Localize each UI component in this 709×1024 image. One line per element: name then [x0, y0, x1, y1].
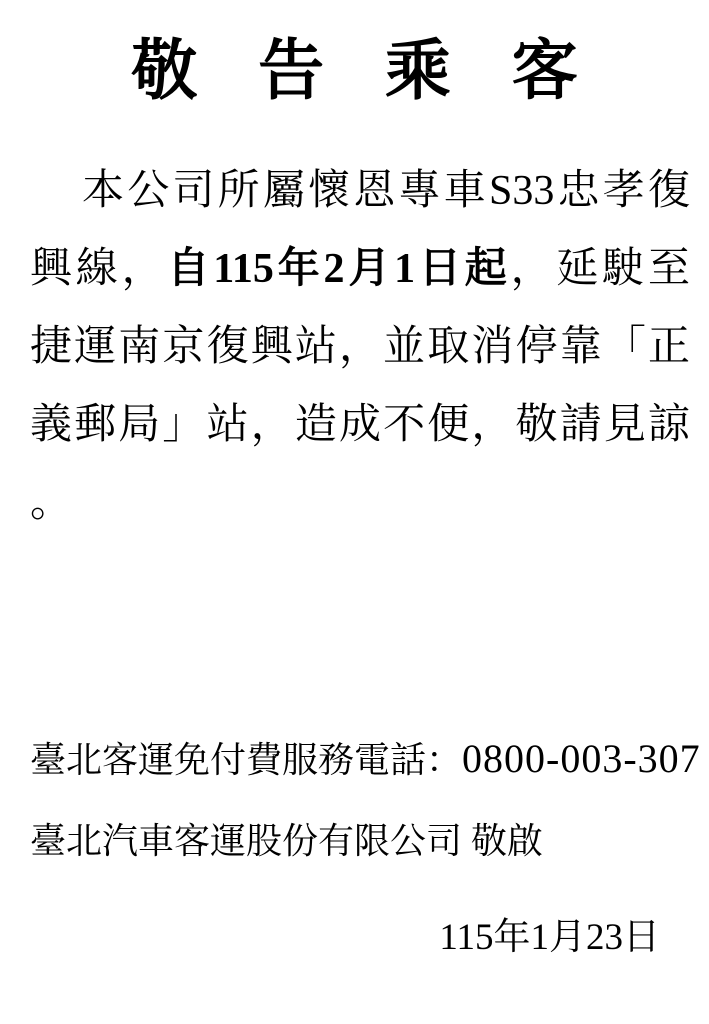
service-phone-line: 臺北客運免付費服務電話：0800-003-307 [30, 733, 690, 786]
body-line-2-pre: 興線， [30, 246, 167, 292]
body-line-2: 興線，自115年2月1日起，延駛至 [30, 230, 690, 308]
notice-date: 115年1月23日 [30, 912, 660, 964]
service-phone-number: 0800-003-307 [462, 736, 701, 781]
service-phone-label: 臺北客運免付費服務電話： [30, 740, 462, 780]
notice-body: 本公司所屬懷恩專車S33忠孝復 興線，自115年2月1日起，延駛至 捷運南京復興… [30, 152, 690, 542]
notice-document: 敬告乘客 本公司所屬懷恩專車S33忠孝復 興線，自115年2月1日起，延駛至 捷… [0, 0, 709, 1024]
company-signature-line: 臺北汽車客運股份有限公司 敬啟 [30, 815, 690, 867]
effective-date-bold: 自115年2月1日起 [167, 246, 510, 292]
body-line-3: 捷運南京復興站，並取消停靠「正 [30, 308, 690, 386]
body-line-5: 。 [30, 464, 690, 542]
body-line-4: 義郵局」站，造成不便，敬請見諒 [30, 386, 690, 464]
body-line-2-post: ，延駛至 [511, 246, 690, 292]
notice-title: 敬告乘客 [0, 34, 709, 110]
body-line-1: 本公司所屬懷恩專車S33忠孝復 [30, 152, 690, 230]
